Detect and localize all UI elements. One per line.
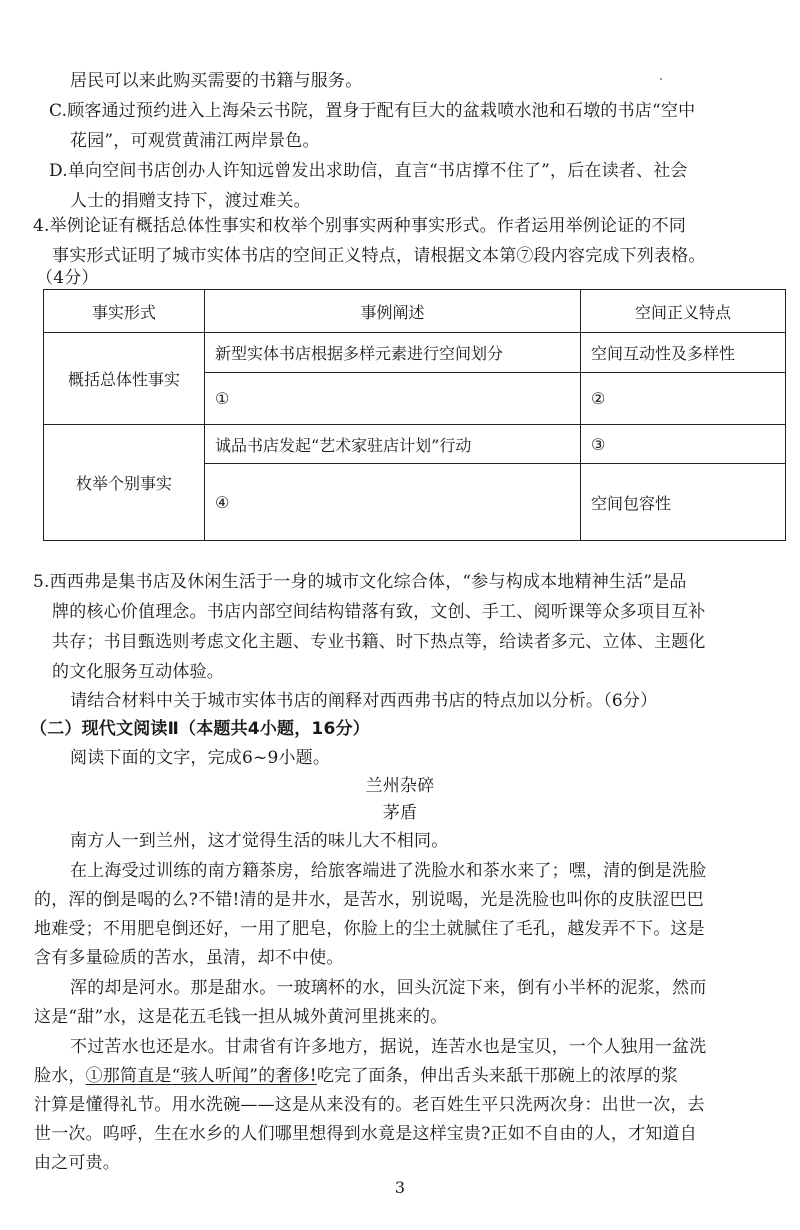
section2-instruction: 阅读下面的文字，完成6~9小题。: [70, 747, 330, 769]
passage-paragraph-2-line4: 含有多量硷质的苦水，虽清，却不中使。: [34, 947, 344, 969]
header-example: 事例阐述: [205, 290, 581, 333]
underlined-sentence-1: ①那简直是“骇人听闻”的奢侈!: [86, 1066, 317, 1086]
q4-stem-line1: 4.举例论证有概括总体性事实和枚举个别事实两种事实形式。作者运用举例论证的不同: [33, 215, 686, 237]
passage-author: 茅盾: [0, 802, 800, 824]
q3-option-c-line1: C.顾客通过预约进入上海朵云书院，置身于配有巨大的盆栽喷水池和石墩的书店“空中: [49, 100, 695, 122]
passage-title: 兰州杂碎: [0, 775, 800, 797]
section2-heading: （二）现代文阅读Ⅱ（本题共4小题，16分）: [30, 718, 370, 740]
q3-option-b-continuation: 居民可以来此购买需要的书籍与服务。: [70, 70, 362, 92]
feature-cell: 空间包容性: [581, 464, 786, 541]
example-cell: 诚品书店发起“艺术家驻店计划”行动: [205, 425, 581, 464]
fact-form-table: 事实形式 事例阐述 空间正义特点 概括总体性事实 新型实体书店根据多样元素进行空…: [43, 289, 786, 541]
passage-paragraph-4-line4: 世一次。呜呼，生在水乡的人们哪里想得到水竟是这样宝贵?正如不自由的人，才知道自: [34, 1123, 697, 1145]
q4-score: （4分）: [36, 267, 99, 289]
scan-speck: [660, 78, 662, 80]
passage-paragraph-2-line3: 地难受；不用肥皂倒还好，一用了肥皂，你脸上的尘土就腻住了毛孔，越发弄不下。这是: [34, 918, 705, 940]
blank-1-cell[interactable]: ①: [205, 373, 581, 425]
text-segment: 吃完了面条，伸出舌头来舐干那碗上的浓厚的浆: [317, 1066, 678, 1086]
example-cell: 新型实体书店根据多样元素进行空间划分: [205, 333, 581, 373]
passage-paragraph-4-line1: 不过苦水也还是水。甘肃省有许多地方，据说，连苦水也是宝贝，一个人独用一盆洗: [70, 1036, 706, 1058]
feature-cell: 空间互动性及多样性: [581, 333, 786, 373]
q3-option-d-line1: D.单向空间书店创办人许知远曾发出求助信，直言“书店撑不住了”，后在读者、社会: [49, 160, 688, 182]
page-number: 3: [0, 1178, 800, 1197]
table-header-row: 事实形式 事例阐述 空间正义特点: [44, 290, 786, 333]
fact-form-individual: 枚举个别事实: [44, 425, 205, 541]
fact-form-general: 概括总体性事实: [44, 333, 205, 425]
passage-paragraph-1: 南方人一到兰州，这才觉得生活的味儿大不相同。: [70, 830, 448, 852]
q5-stem-line1: 5.西西弗是集书店及休闲生活于一身的城市文化综合体，“参与构成本地精神生活”是品: [33, 571, 687, 593]
table-row: 概括总体性事实 新型实体书店根据多样元素进行空间划分 空间互动性及多样性: [44, 333, 786, 373]
q5-prompt: 请结合材料中关于城市实体书店的阐释对西西弗书店的特点加以分析。（6分）: [70, 690, 657, 712]
passage-paragraph-2-line1: 在上海受过训练的南方籍茶房，给旅客端进了洗脸水和茶水来了；嘿，清的倒是洗脸: [70, 860, 706, 882]
passage-paragraph-4-line3: 汁算是懂得礼节。用水洗碗——这是从来没有的。老百姓生平只洗两次身：出世一次，去: [34, 1094, 705, 1116]
passage-paragraph-3-line2: 这是“甜”水，这是花五毛钱一担从城外黄河里挑来的。: [34, 1006, 447, 1028]
passage-paragraph-4-line2: 脸水，①那简直是“骇人听闻”的奢侈!吃完了面条，伸出舌头来舐干那碗上的浓厚的浆: [34, 1065, 678, 1087]
q5-stem-line4: 的文化服务互动体验。: [52, 661, 224, 683]
passage-paragraph-4-line5: 由之可贵。: [34, 1152, 120, 1174]
q4-stem-line2: 事实形式证明了城市实体书店的空间正义特点，请根据文本第⑦段内容完成下列表格。: [52, 245, 706, 267]
q5-stem-line3: 共存；书目甄选则考虑文化主题、专业书籍、时下热点等，给读者多元、立体、主题化: [52, 631, 706, 653]
blank-3-cell[interactable]: ③: [581, 425, 786, 464]
passage-paragraph-3-line1: 浑的却是河水。那是甜水。一玻璃杯的水，回头沉淀下来，倒有小半杯的泥浆，然而: [70, 977, 706, 999]
q3-option-d-line2: 人士的捐赠支持下，渡过难关。: [70, 190, 311, 212]
q3-option-c-line2: 花园”，可观赏黄浦江两岸景色。: [70, 130, 320, 152]
blank-2-cell[interactable]: ②: [581, 373, 786, 425]
q5-stem-line2: 牌的核心价值理念。书店内部空间结构错落有致，文创、手工、阅听课等众多项目互补: [52, 601, 706, 623]
text-segment: 脸水，: [34, 1066, 86, 1086]
passage-paragraph-2-line2: 的，浑的倒是喝的么?不错!清的是井水，是苦水，别说喝，光是洗脸也叫你的皮肤涩巴巴: [34, 889, 704, 911]
header-spatial-justice-feature: 空间正义特点: [581, 290, 786, 333]
blank-4-cell[interactable]: ④: [205, 464, 581, 541]
header-fact-form: 事实形式: [44, 290, 205, 333]
table-row: 枚举个别事实 诚品书店发起“艺术家驻店计划”行动 ③: [44, 425, 786, 464]
